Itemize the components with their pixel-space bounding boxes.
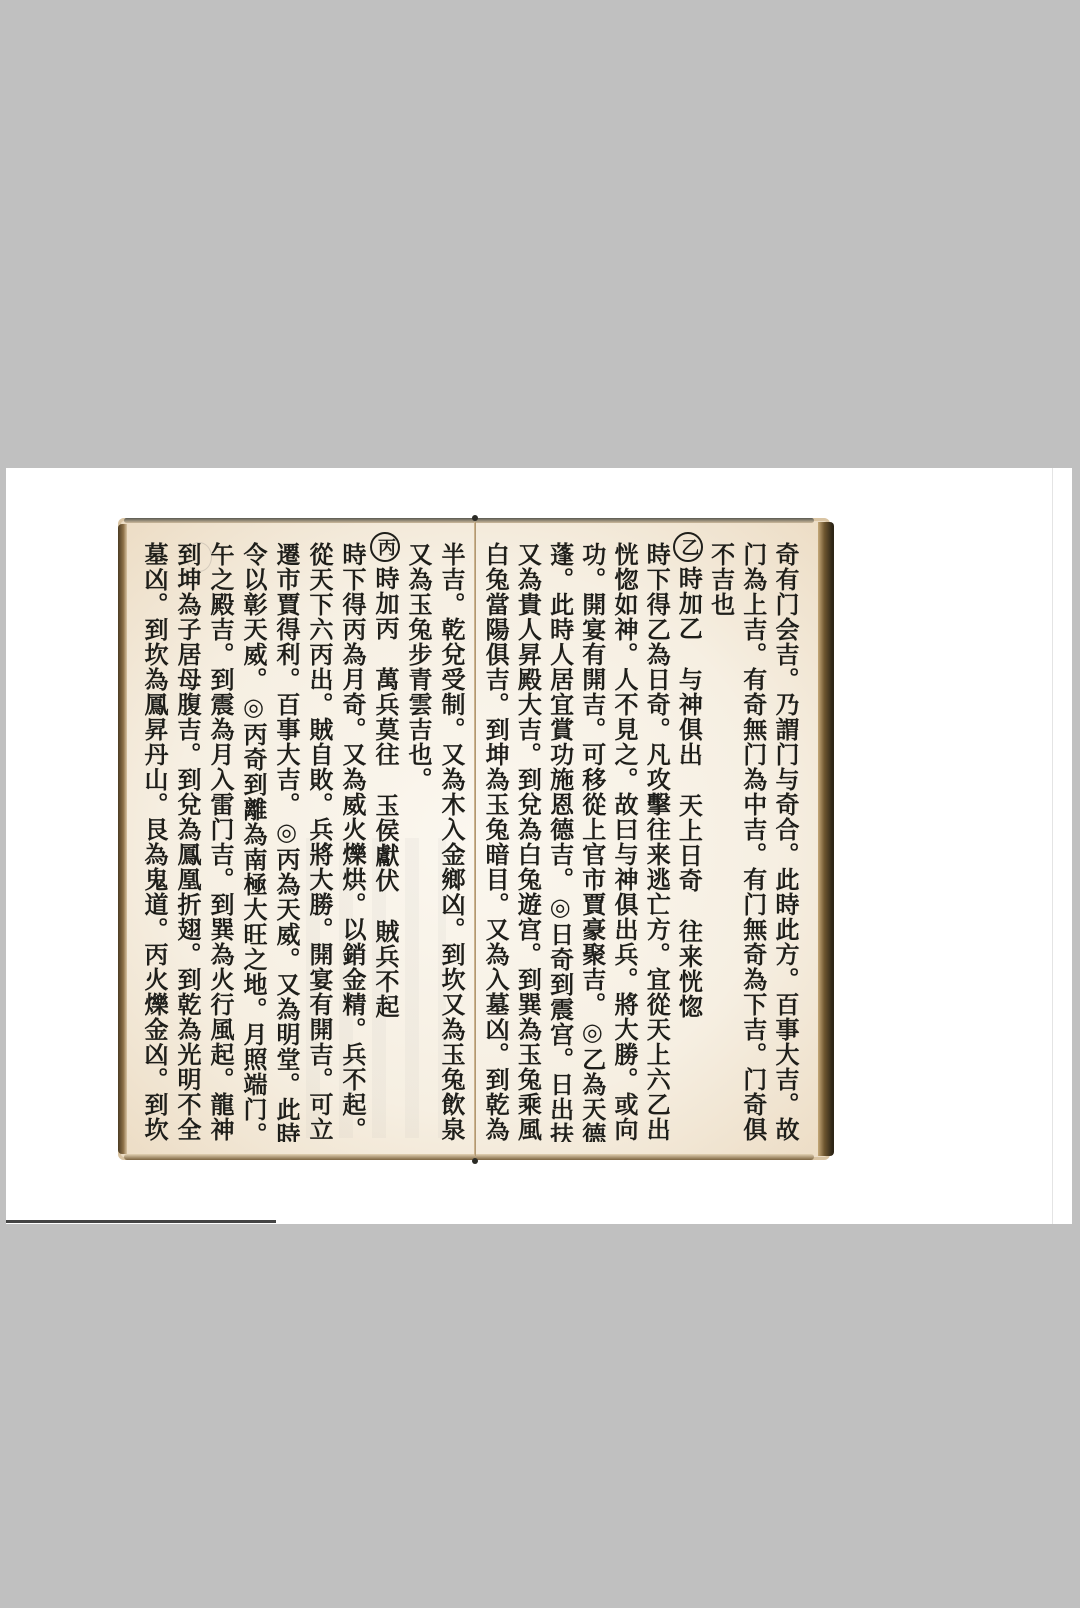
text-column: 功。開宴有開吉。可移從上官市賈豪聚吉。◎乙為天德。又為天 xyxy=(577,532,609,1142)
circled-marker-bing: 丙 xyxy=(370,532,400,562)
book-left-edge xyxy=(118,524,127,1154)
circled-marker-yi: 乙 xyxy=(673,532,703,562)
sheet-bottom-shadow xyxy=(6,1220,276,1223)
text-column: 從天下六丙出。賊自敗。兵將大勝。開宴有開吉。可立入官。 xyxy=(303,532,336,1142)
binding-knot-top xyxy=(472,515,478,521)
text-column: 墓凶。到坎為鳳昇丹山。艮為鬼道。丙火爍金凶。到坎為火入水 xyxy=(138,532,171,1142)
heading-part: 天上日奇 xyxy=(674,793,703,893)
text-column: 不吉也 xyxy=(705,532,737,1142)
right-page: 奇有门会吉。乃謂门与奇合。此時此方。百事大吉。故曰得奇。 门為上吉。有奇無门為中… xyxy=(480,532,802,1144)
text-column: 门為上吉。有奇無门為中吉。有门無奇為下吉。门奇俱無。列 xyxy=(738,532,770,1142)
section-heading-bing: 丙時加丙萬兵莫往玉侯獻伏賊兵不起 xyxy=(369,532,402,1132)
heading-part: 賊兵不起 xyxy=(371,919,400,1019)
section-heading-yi: 乙時加乙与神俱出天上日奇往来恍惚 xyxy=(673,532,705,1132)
binding-knot-bottom xyxy=(472,1158,478,1164)
heading-part: 与神俱出 xyxy=(674,667,703,767)
book-right-edge xyxy=(818,522,834,1156)
text-column: 時下得乙為日奇。凡攻擊往来逃亡方。宜從天上六乙出。既遊日奇 xyxy=(641,532,673,1142)
text-column: 又為貴人昇殿大吉。到兌為白兔遊宫。到巽為玉兔乘風。到離為 xyxy=(512,532,544,1142)
text-column: 令以彰天威。◎丙奇到離為南極大旺之地。月照端门。又為貴人昇殿 xyxy=(237,532,270,1142)
text-column: 白兔當陽俱吉。到坤為玉兔暗目。又為入墓凶。到乾為玉兔入林。 xyxy=(480,532,512,1142)
book-bottom-edge xyxy=(124,1154,814,1160)
text-column: 恍惚如神。人不見之。故曰与神俱出兵。將大勝。或向獲功。或牵得 xyxy=(609,532,641,1142)
sheet-border-line xyxy=(1052,468,1053,1224)
text-column: 時下得丙為月奇。又為威火爍烘。以銷金精。兵不起。若攻伐吉。 xyxy=(336,532,369,1142)
manuscript-spread: 奇有门会吉。乃謂门与奇合。此時此方。百事大吉。故曰得奇。 门為上吉。有奇無门為中… xyxy=(118,518,830,1160)
center-fold xyxy=(474,522,476,1156)
text-column: 半吉。乾兌受制。又為木入金鄉凶。到坎又為玉兔飲泉吉。到艮 xyxy=(435,532,468,1142)
text-column: 午之殿吉。到震為月入雷门吉。到巽為火行風起。龍神助威吉。 xyxy=(204,532,237,1142)
text-column: 奇有门会吉。乃謂门与奇合。此時此方。百事大吉。故曰得奇。 xyxy=(770,532,802,1142)
heading-part: 萬兵莫往 xyxy=(371,667,400,767)
text-column: 到坤為子居母腹吉。到兌為鳳凰折翅。到乾為光明不全。又為入 xyxy=(171,532,204,1142)
book-top-edge xyxy=(124,518,814,523)
heading-part: 時加乙 xyxy=(674,566,703,641)
text-column: 又為玉兔步青雲吉也。 xyxy=(402,532,435,1142)
text-column: 遷市賈得利。百事大吉。◎丙為天威。又為明堂。此時人居宜發号施 xyxy=(270,532,303,1142)
heading-part: 玉侯獻伏 xyxy=(371,793,400,893)
left-page: 半吉。乾兌受制。又為木入金鄉凶。到坎又為玉兔飲泉吉。到艮 又為玉兔步青雲吉也。 … xyxy=(132,532,468,1144)
heading-part: 往来恍惚 xyxy=(674,919,703,1019)
heading-part: 時加丙 xyxy=(371,566,400,641)
text-column: 蓬。此時人居宜賞功施恩德吉。◎日奇到震宫。日出扶桑。百祿之鄉。 xyxy=(544,532,576,1142)
